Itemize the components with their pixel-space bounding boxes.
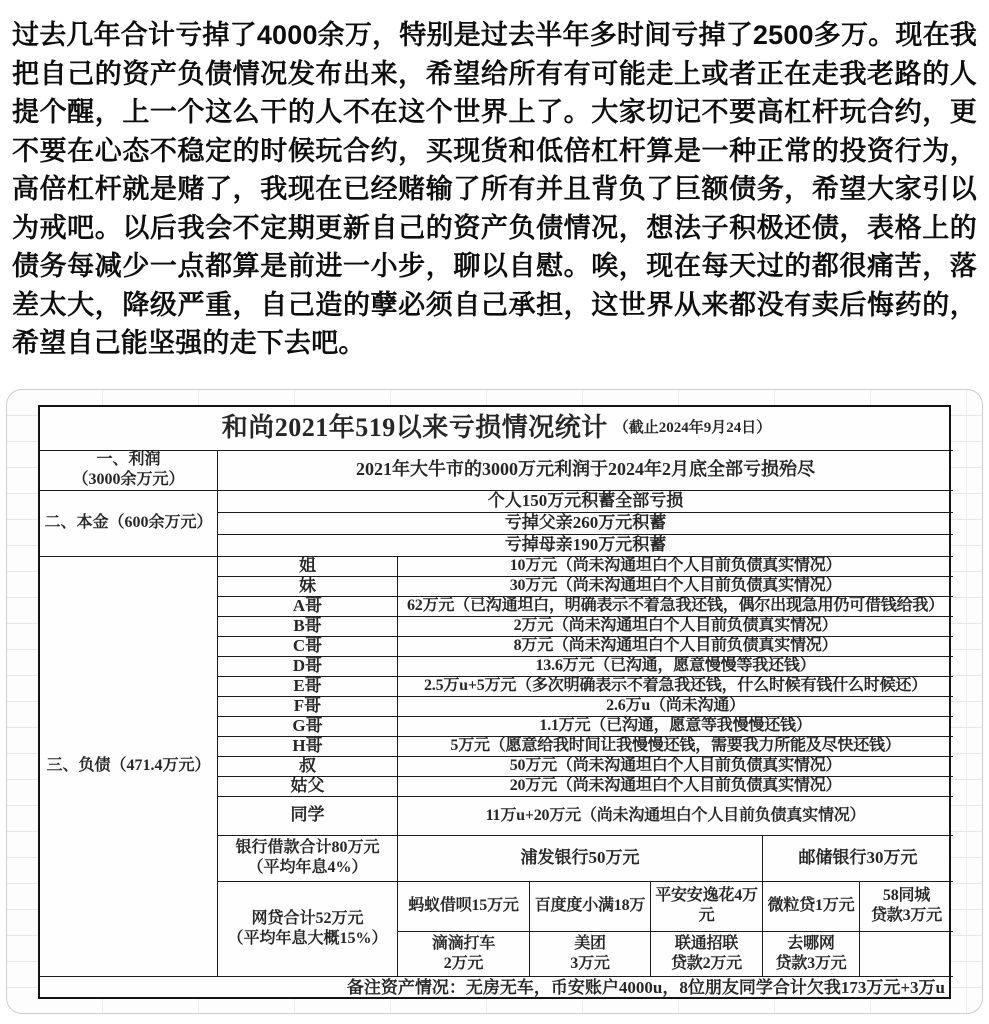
bank-label-cell: 银行借款合计80万元 （平均年息4%） [218, 836, 398, 882]
debt-desc: 1.1万元（已沟通，愿意等我慢慢还钱） [398, 717, 953, 737]
loss-statistics-table: 和尚2021年519以来亏损情况统计 （截止2024年9月24日） 一、利润 （… [38, 405, 951, 999]
debt-name: 姐 [218, 557, 398, 577]
debt-name: F哥 [218, 697, 398, 717]
debt-name: C哥 [218, 637, 398, 657]
debt-name: 叔 [218, 757, 398, 777]
debt-name: A哥 [218, 597, 398, 617]
debt-desc: 5万元（愿意给我时间让我慢慢还钱，需要我力所能及尽快还钱） [398, 737, 953, 757]
debt-desc: 11万u+20万元（尚未沟通坦白个人目前负债真实情况） [398, 797, 953, 836]
profit-label-cell: 一、利润 （3000余万元） [40, 451, 218, 491]
debt-name: B哥 [218, 617, 398, 637]
principal-label-cell: 二、本金（600余万元） [40, 491, 218, 557]
table-title-row: 和尚2021年519以来亏损情况统计 （截止2024年9月24日） [40, 407, 953, 451]
debt-desc: 2.5万u+5万元（多次明确表示不着急我还钱，什么时候有钱什么时候还） [398, 677, 953, 697]
table-title: 和尚2021年519以来亏损情况统计 [222, 412, 608, 444]
debt-name: E哥 [218, 677, 398, 697]
debt-desc: 10万元（尚未沟通坦白个人目前负债真实情况） [398, 557, 953, 577]
debt-desc: 2万元（尚未沟通坦白个人目前负债真实情况） [398, 617, 953, 637]
debt-desc: 8万元（尚未沟通坦白个人目前负债真实情况） [398, 637, 953, 657]
loan-cell-empty [860, 932, 953, 977]
spreadsheet-panel: 和尚2021年519以来亏损情况统计 （截止2024年9月24日） 一、利润 （… [6, 389, 983, 1014]
loan-cell: 微粒贷1万元 [763, 882, 860, 932]
loan-cell: 百度度小满18万 [530, 882, 651, 932]
loan-cell: 联通招联 贷款2万元 [651, 932, 763, 977]
debt-name: 姑父 [218, 777, 398, 797]
debt-name: G哥 [218, 717, 398, 737]
debt-desc: 2.6万u（尚未沟通） [398, 697, 953, 717]
post-paragraph: 过去几年合计亏掉了4000余万，特别是过去半年多时间亏掉了2500多万。现在我把… [0, 0, 989, 363]
debt-name: H哥 [218, 737, 398, 757]
debt-desc: 13.6万元（已沟通，愿意慢慢等我还钱） [398, 657, 953, 677]
debt-desc: 50万元（尚未沟通坦白个人目前负债真实情况） [398, 757, 953, 777]
debt-name: D哥 [218, 657, 398, 677]
loan-cell: 美团 3万元 [530, 932, 651, 977]
loan-cell: 滴滴打车 2万元 [398, 932, 530, 977]
principal-row: 个人150万元积蓄全部亏损 [218, 491, 953, 513]
debt-name: 妹 [218, 577, 398, 597]
principal-row: 亏掉父亲260万元积蓄 [218, 513, 953, 535]
bank-cell: 邮储银行30万元 [763, 836, 953, 882]
debt-desc: 20万元（尚未沟通坦白个人目前负债真实情况） [398, 777, 953, 797]
bank-cell: 浦发银行50万元 [398, 836, 763, 882]
remark-cell: 备注资产情况：无房无车，币安账户4000u，8位朋友同学合计欠我173万元+3万… [40, 977, 953, 1001]
loan-cell: 去哪网 贷款3万元 [763, 932, 860, 977]
loan-cell: 蚂蚁借呗15万元 [398, 882, 530, 932]
debt-desc: 62万元（已沟通坦白，明确表示不着急我还钱，偶尔出现急用仍可借钱给我） [398, 597, 953, 617]
loan-label-cell: 网贷合计52万元 （平均年息大概15%） [218, 882, 398, 977]
profit-desc-cell: 2021年大牛市的3000万元利润于2024年2月底全部亏损殆尽 [218, 451, 953, 491]
debt-name: 同学 [218, 797, 398, 836]
debt-desc: 30万元（尚未沟通坦白个人目前负债真实情况） [398, 577, 953, 597]
loan-cell: 平安安逸花4万元 [651, 882, 763, 932]
principal-row: 亏掉母亲190万元积蓄 [218, 535, 953, 557]
table-title-date-note: （截止2024年9月24日） [614, 419, 772, 437]
debt-label-cell: 三、负债（471.4万元） [40, 557, 218, 977]
loan-cell: 58同城 贷款3万元 [860, 882, 953, 932]
